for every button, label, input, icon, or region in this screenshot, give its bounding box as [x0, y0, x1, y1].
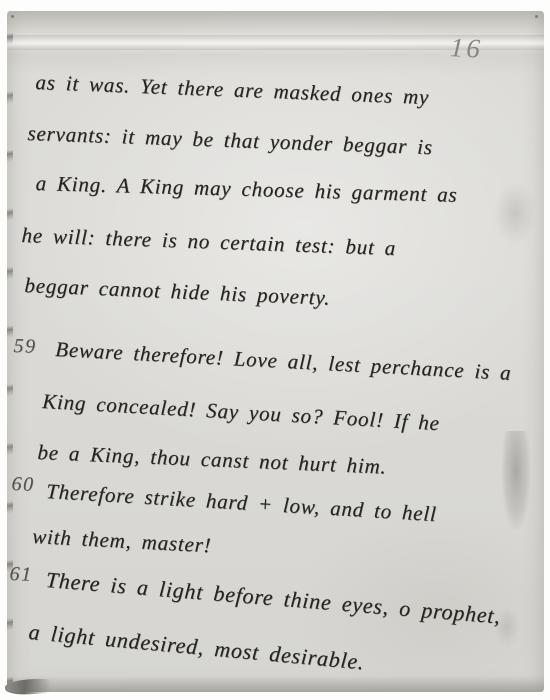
handwriting-line: beggar cannot hide his poverty. [24, 273, 331, 311]
handwriting-line: Therefore strike hard + low, and to hell [46, 479, 438, 527]
paper-stain [494, 181, 536, 245]
bottom-edge-shadow [7, 676, 544, 692]
manuscript-paper: 16 as it was. Yet there are masked ones … [7, 11, 544, 692]
handwriting-line: Beware therefore! Love all, lest perchan… [55, 337, 512, 386]
handwriting-line: be a King, thou canst not hurt him. [37, 440, 387, 480]
corner-speck [11, 15, 14, 18]
verse-number-59: 59 [13, 335, 37, 359]
handwriting-line: as it was. Yet there are masked ones my [35, 70, 430, 110]
corner-speck [535, 15, 538, 18]
page-number: 16 [449, 32, 484, 65]
handwriting-line: a King. A King may choose his garment as [35, 171, 458, 208]
handwriting-line: servants: it may be that yonder beggar i… [27, 121, 433, 160]
ink-smudge-stain [502, 431, 530, 529]
handwriting-line: King concealed! Say you so? Fool! If he [42, 389, 441, 436]
torn-left-edge [7, 11, 13, 692]
handwriting-line: a light undesired, most desirable. [28, 619, 366, 676]
verse-number-60: 60 [11, 473, 35, 497]
handwriting-line: There is a light before thine eyes, o pr… [45, 567, 502, 630]
scanned-manuscript: 16 as it was. Yet there are masked ones … [0, 0, 550, 700]
verse-number-61: 61 [9, 563, 33, 587]
handwriting-line: he will: there is no certain test: but a [21, 223, 396, 261]
handwriting-line: with them, master! [32, 524, 212, 559]
